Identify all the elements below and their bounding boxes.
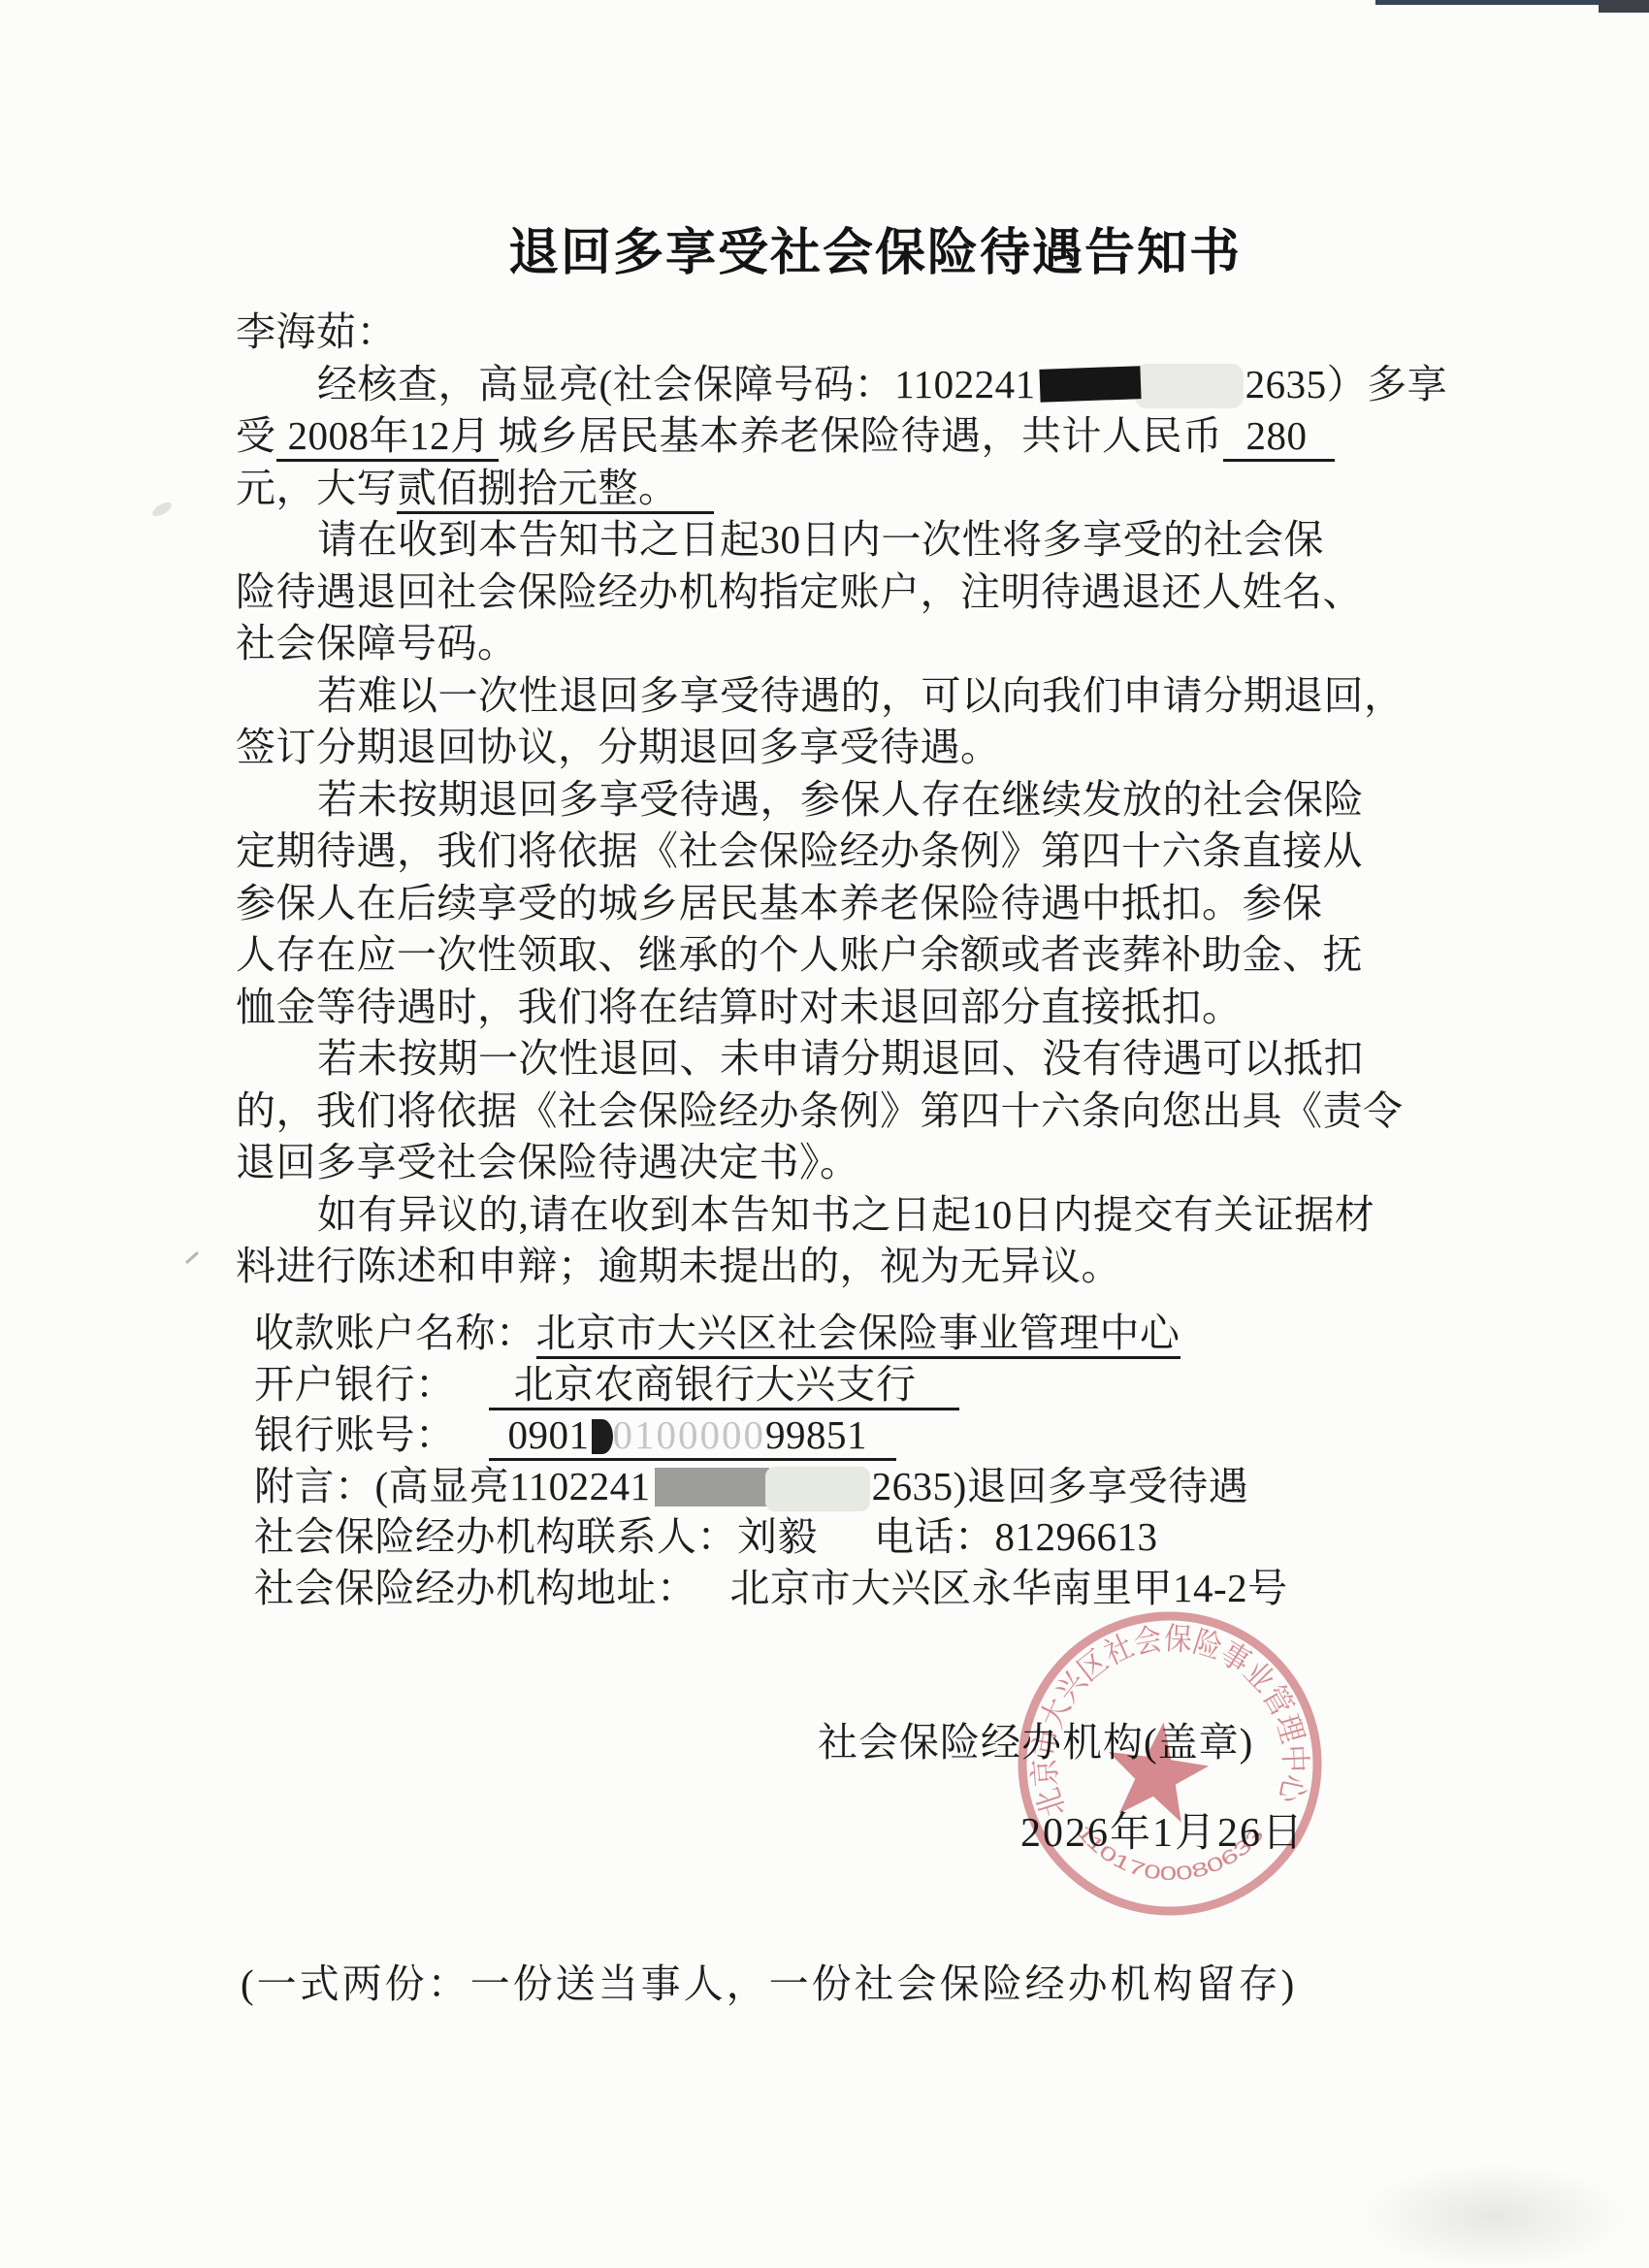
paragraph-5-line-3: 退回多享受社会保险待遇决定书》。: [236, 1137, 1332, 1189]
p1-text: 2635）多享: [1245, 362, 1448, 406]
svg-text:1101700080633: 1101700080633: [1072, 1821, 1269, 1885]
contact-label: 社会保险经办机构联系人：: [254, 1514, 737, 1559]
paragraph-6-line-2: 料进行陈述和申辩；逾期未提出的，视为无异议。: [236, 1241, 1332, 1293]
stamp-code-text: 1101700080633: [1072, 1821, 1269, 1885]
paragraph-2-line-1: 请在收到本告知书之日起30日内一次性将多享受的社会保: [236, 514, 1332, 567]
scan-artifact-blotch: [1358, 2163, 1630, 2268]
redaction-gray-box: [655, 1468, 769, 1507]
contact-row: 社会保险经办机构联系人：刘毅电话：81296613: [254, 1511, 1288, 1563]
paragraph-2-line-2: 险待遇退回社会保险经办机构指定账户，注明待遇退还人姓名、: [236, 567, 1332, 619]
paragraph-1-line-1: 经核查，高显亮(社会保障号码：11022412635）多享: [236, 359, 1332, 411]
salutation: 李海茹：: [236, 307, 1332, 359]
bank-value: 北京农商银行大兴支行: [489, 1362, 959, 1410]
account-number-row: 银行账号：0901010000099851: [254, 1409, 1288, 1461]
account-number-suffix: 99851: [765, 1412, 867, 1457]
stamp-star-icon: [1109, 1723, 1210, 1823]
account-number-label: 银行账号：: [254, 1412, 456, 1457]
account-name-row: 收款账户名称：北京市大兴区社会保险事业管理中心: [254, 1308, 1288, 1359]
contact-name: 刘毅: [737, 1514, 818, 1559]
memo-text: 2635)退回多享受待遇: [872, 1464, 1249, 1508]
p1-text: 城乡居民基本养老保险待遇，共计人民币: [499, 413, 1223, 458]
paragraph-6-line-1: 如有异议的,请在收到本告知书之日起10日内提交有关证据材: [236, 1189, 1332, 1242]
redaction-black-box: [1039, 366, 1141, 403]
paragraph-4-line-5: 恤金等待遇时，我们将在结算时对未退回部分直接抵扣。: [236, 982, 1332, 1034]
memo-row: 附言：(高显亮11022412635)退回多享受待遇: [254, 1461, 1288, 1512]
phone-label: 电话：: [874, 1514, 995, 1559]
scanned-notice-page: 退回多享受社会保险待遇告知书 李海茹： 经核查，高显亮(社会保障号码：11022…: [0, 0, 1649, 2268]
bank-label: 开户银行：: [254, 1362, 456, 1407]
account-number-value: 0901010000099851: [489, 1412, 897, 1461]
p1-text: 受: [236, 413, 276, 458]
scan-artifact-tick: [185, 1251, 199, 1264]
p1-text: 元，大写: [236, 466, 397, 510]
scan-artifact-dot: [150, 500, 174, 519]
phone-number: 81296613: [995, 1514, 1158, 1559]
redaction-pale-box: [765, 1467, 870, 1511]
paragraph-3-line-2: 签订分期退回协议，分期退回多享受待遇。: [236, 722, 1332, 774]
paragraph-1-line-2: 受2008年12月城乡居民基本养老保险待遇，共计人民币280: [236, 410, 1332, 463]
document-body: 李海茹： 经核查，高显亮(社会保障号码：11022412635）多享 受2008…: [236, 307, 1332, 1293]
official-red-stamp: 北京市大兴区社会保险事业管理中心 1101700080633: [1007, 1603, 1333, 1928]
paragraph-5-line-2: 的，我们将依据《社会保险经办条例》第四十六条向您出具《责令: [236, 1085, 1332, 1138]
underlined-amount-capital: 贰佰捌拾元整。: [397, 466, 714, 514]
account-number-faint: 0100000: [613, 1412, 766, 1457]
underlined-period: 2008年12月: [276, 413, 499, 462]
account-name-label: 收款账户名称：: [254, 1311, 536, 1355]
account-details: 收款账户名称：北京市大兴区社会保险事业管理中心 开户银行：北京农商银行大兴支行 …: [254, 1308, 1288, 1613]
address-label: 社会保险经办机构地址：: [254, 1566, 697, 1610]
account-name-value: 北京市大兴区社会保险事业管理中心: [536, 1311, 1180, 1359]
underlined-amount: 280: [1223, 413, 1335, 462]
paragraph-5-line-1: 若未按期一次性退回、未申请分期退回、没有待遇可以抵扣: [236, 1033, 1332, 1085]
memo-text: (高显亮1102241: [375, 1464, 651, 1508]
memo-label: 附言：: [254, 1464, 375, 1508]
paragraph-1-line-3: 元，大写贰佰捌拾元整。: [236, 463, 1332, 515]
paragraph-4-line-4: 人存在应一次性领取、继承的个人账户余额或者丧葬补助金、抚: [236, 929, 1332, 982]
p1-text: 经核查，高显亮(社会保障号码：1102241: [317, 362, 1036, 406]
copies-note: (一式两份：一份送当事人，一份社会保险经办机构留存): [241, 1952, 1297, 2009]
document-title: 退回多享受社会保险待遇告知书: [508, 211, 1242, 284]
scan-artifact-top-line: [1375, 0, 1608, 5]
paragraph-4-line-2: 定期待遇，我们将依据《社会保险经办条例》第四十六条直接从: [236, 826, 1332, 878]
scan-artifact-top-corner: [1599, 0, 1649, 13]
paragraph-2-line-3: 社会保障号码。: [236, 618, 1332, 670]
redaction-light-box: [1135, 364, 1244, 408]
paragraph-4-line-1: 若未按期退回多享受待遇，参保人存在继续发放的社会保险: [236, 774, 1332, 826]
paragraph-3-line-1: 若难以一次性退回多享受待遇的，可以向我们申请分期退回，: [236, 670, 1332, 723]
account-number-prefix: 0901: [508, 1412, 590, 1457]
bank-row: 开户银行：北京农商银行大兴支行: [254, 1359, 1288, 1410]
redaction-ink-mark: [592, 1419, 613, 1454]
paragraph-4-line-3: 参保人在后续享受的城乡居民基本养老保险待遇中抵扣。参保: [236, 878, 1332, 930]
